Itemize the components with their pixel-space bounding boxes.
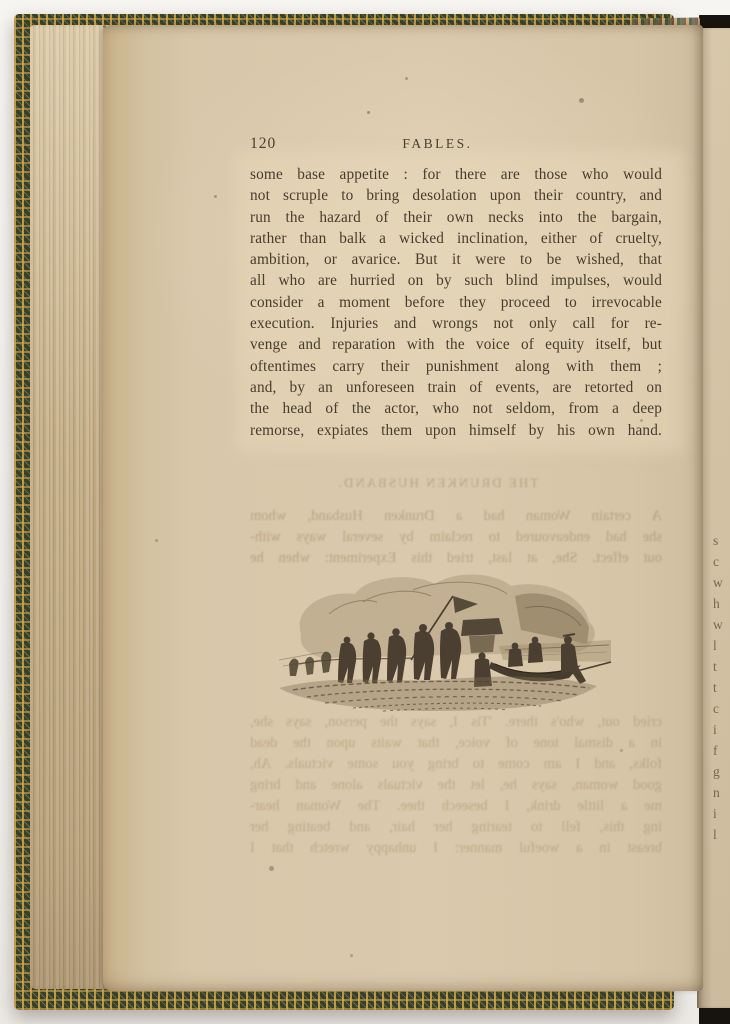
edge-letter: t: [713, 656, 727, 677]
book-page-recto: 120 FABLES. some base appetite : for the…: [103, 25, 703, 991]
show-through-line: A certain Woman had a Drunken Husband, w…: [250, 506, 662, 527]
body-line: run the hazard of their own necks into t…: [250, 207, 662, 228]
edge-letter: g: [713, 761, 727, 782]
body-line: execution. Injuries and wrongs not only …: [250, 313, 662, 334]
show-through-text-upper: A certain Woman had a Drunken Husband, w…: [250, 506, 662, 569]
running-header: FABLES.: [250, 136, 625, 152]
book-photograph: s c w h w l t t c i f g n i l 120 FABLES…: [0, 0, 730, 1024]
body-line: the head of the actor, who not seldom, f…: [250, 398, 662, 419]
show-through-line: breast in a woeful manner: I unhappy wre…: [250, 838, 662, 859]
facing-page-edge-letters: s c w h w l t t c i f g n i l: [713, 530, 727, 845]
show-through-text-lower: cried out, who's there. 'Tis I, says the…: [250, 712, 662, 859]
show-through-line: ing this, fell to tearing her hair, and …: [250, 817, 662, 838]
edge-letter: i: [713, 803, 727, 824]
edge-letter: c: [713, 698, 727, 719]
edge-letter: w: [713, 572, 727, 593]
body-line: remorse, expiates them upon himself by h…: [250, 420, 662, 441]
edge-letter: l: [713, 635, 727, 656]
body-line: oftentimes carry their punishment along …: [250, 356, 662, 377]
edge-letter: i: [713, 719, 727, 740]
show-through-line: me a little drink, I beseech thee. The W…: [250, 796, 662, 817]
show-through-line: in a dismal tone of voice, that waits up…: [250, 733, 662, 754]
wood-engraving-vignette: [263, 568, 613, 714]
edge-letter: w: [713, 614, 727, 635]
edge-letter: t: [713, 677, 727, 698]
body-line: ambition, or avarice. But it were to be …: [250, 249, 662, 270]
show-through-heading: THE DRUNKEN HUSBAND.: [250, 475, 625, 491]
edge-letter: n: [713, 782, 727, 803]
show-through-line: cried out, who's there. 'Tis I, says the…: [250, 712, 662, 733]
body-line: consider a moment before they proceed to…: [250, 292, 662, 313]
body-line: some base appetite : for there are those…: [250, 164, 662, 185]
body-line: venge and reparation with the voice of e…: [250, 334, 662, 355]
body-line: all who are hurried on by such blind imp…: [250, 270, 662, 291]
edge-letter: h: [713, 593, 727, 614]
body-paragraph: some base appetite : for there are those…: [250, 164, 662, 441]
show-through-line: out effect. She, at last, tried this Exp…: [250, 548, 662, 569]
show-through-line: she had endeavoured to reclaim by severa…: [250, 527, 662, 548]
edge-letter: s: [713, 530, 727, 551]
foxing-specks: [103, 25, 106, 28]
body-line: not scruple to bring desolation upon the…: [250, 185, 662, 206]
show-through-line: folks, and I am come to bring you some v…: [250, 754, 662, 775]
show-through-line: good woman, says he, let the victuals al…: [250, 775, 662, 796]
body-line: rather than balk a wicked inclination, e…: [250, 228, 662, 249]
edge-letter: f: [713, 740, 727, 761]
edge-letter: c: [713, 551, 727, 572]
body-line: and, by an unforeseen train of events, a…: [250, 377, 662, 398]
edge-letter: l: [713, 824, 727, 845]
